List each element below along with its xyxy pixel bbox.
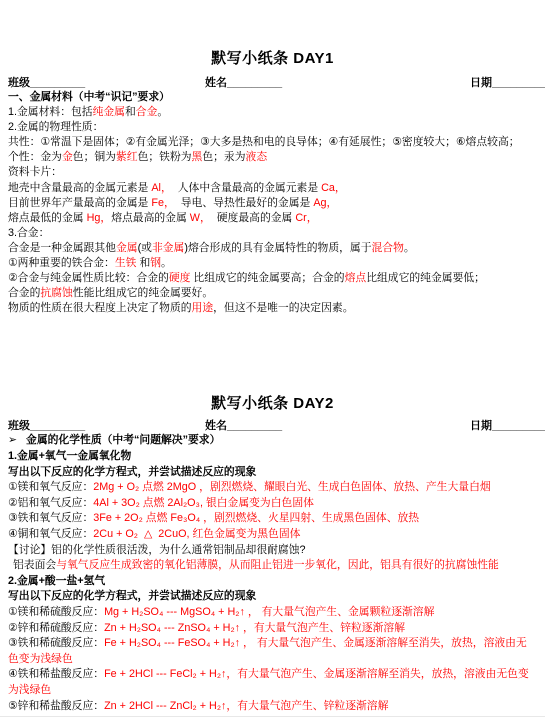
text-segment: Cr， [295,212,317,224]
text-segment: 抗腐蚀 [40,287,72,299]
text-segment: 2.金属的物理性质： [8,121,103,133]
text-segment: 生铁 [115,257,137,269]
text-segment: Zn + H₂SO₄ --- ZnSO₄ + H₂↑ ，有大量气泡产生、锌粒逐渐… [104,622,405,634]
day1-date-field-blank: __________ [492,77,545,89]
text-segment: 写出以下反应的化学方程式，并尝试描述反应的现象 [8,466,256,478]
day2-class-field: 班级_________ [8,419,85,433]
text-segment: ①镁和氧气反应： [8,481,93,493]
line-alloy-corrosion: 合金的抗腐蚀性能比组成它的纯金属要好。 [8,286,537,301]
text-segment: 熔点最高的金属 [111,212,190,224]
line-al-o2: ②铝和氧气反应：4Al + 3O₂ 点燃 2Al₂O₃, 银白金属变为白色固体 [8,496,537,512]
text-segment: 铝表面会 [13,559,56,571]
line-property-use: 物质的性质在很大程度上决定了物质的用途，但这不是唯一的决定因素。 [8,301,537,316]
text-segment: 色；铁粉为 [138,151,192,163]
day1-name-field-label: 姓名 [205,77,227,89]
text-segment: ②锌和稀硫酸反应： [8,622,104,634]
day1-name-field-blank: _________ [227,77,282,89]
text-segment: ①两种重要的铁合金： [8,257,115,269]
text-segment: Fe， [151,197,174,209]
text-segment: 和 [136,257,150,269]
text-segment: 物质的性质在很大程度上决定了物质的 [8,302,192,314]
text-segment: 4Al + 3O₂ 点燃 2Al₂O₃, 银白金属变为白色固体 [93,497,314,509]
day2-date-field-blank: __________ [492,420,545,432]
text-segment: 紫红 [116,151,138,163]
text-segment: 2Mg + O₂ 点燃 2MgO ，剧烈燃烧、耀眼白光、生成白色固体、放热、产生… [93,481,490,493]
day2-meta-row: 班级_________姓名_________日期__________ [8,419,537,433]
text-segment: 熔点最低的金属 [8,212,87,224]
text-segment: Ag， [313,197,337,209]
text-segment: 写出以下反应的化学方程式，并尝试描述反应的现象 [8,590,256,602]
line-write-equations-2: 写出以下反应的化学方程式，并尝试描述反应的现象 [8,589,537,605]
day1-date-field-label: 日期 [470,77,492,89]
line-common-properties: 共性：①常温下是固体；②有金属光泽；③大多是热和电的良导体；④有延展性；⑤密度较… [8,135,537,150]
text-segment: 合金是一种金属跟其他 [8,242,116,254]
line-production-conductivity: 目前世界年产量最高的金属是 Fe， 导电、导热性最好的金属是 Ag， [8,196,537,211]
worksheet-day1: 默写小纸条 DAY1班级_________姓名_________日期______… [8,49,537,316]
text-segment: ④铜和氧气反应： [8,528,93,540]
day1-date-field: 日期__________ [470,76,545,90]
text-segment: 地壳中含量最高的金属元素是 [8,182,151,194]
line-mg-h2so4: ①镁和稀硫酸反应：Mg + H₂SO₄ --- MgSO₄ + H₂↑ ， 有大… [8,605,537,621]
line-physical-properties-heading: 2.金属的物理性质： [8,120,537,135]
line-alloy-heading: 3.合金： [8,226,537,241]
text-segment: 纯金属 [93,106,125,118]
day1-meta-row: 班级_________姓名_________日期__________ [8,76,537,90]
text-segment: Mg + H₂SO₄ --- MgSO₄ + H₂↑ ， 有大量气泡产生、金属颗… [104,606,434,618]
text-segment: ③铁和氧气反应： [8,512,93,524]
heading-metal-oxygen: 1.金属+氧气一金属氧化物 [8,449,537,465]
text-segment: Zn + 2HCl --- ZnCl₂ + H₂↑，有大量气泡产生、锌粒逐渐溶解 [104,700,388,712]
text-segment: 。 [404,242,415,254]
text-segment: (或 [138,242,152,254]
heading-metal-acid: 2.金属+酸一盐+氢气 [8,574,537,590]
text-segment: 。 [161,257,172,269]
day2-name-field-label: 姓名 [205,420,227,432]
text-segment: 。 [157,106,168,118]
text-segment: 非金属 [152,242,184,254]
line-melting-hardness: 熔点最低的金属 Hg，熔点最高的金属 W， 硬度最高的金属 Cr， [8,211,537,226]
day2-date-field: 日期__________ [470,419,545,433]
line-fe-o2: ③铁和氧气反应：3Fe + 2O₂ 点燃 Fe₃O₄ ，剧烈燃烧、火星四射、生成… [8,511,537,527]
day2-name-field-blank: _________ [227,420,282,432]
text-segment: 色；铜为 [73,151,116,163]
line-zn-h2so4: ②锌和稀硫酸反应：Zn + H₂SO₄ --- ZnSO₄ + H₂↑ ，有大量… [8,621,537,637]
text-segment: 性能比组成它的纯金属要好。 [73,287,213,299]
text-segment: 硬度最高的金属 [211,212,296,224]
text-segment: 目前世界年产量最高的金属是 [8,197,151,209]
text-segment: ④铁和稀盐酸反应： [8,668,104,680]
heading-metal-materials: 一、金属材料（中考“识记”要求） [8,90,537,105]
text-segment: 比组成它的纯金属要低； [366,272,485,284]
text-segment: 用途 [192,302,214,314]
text-segment: 合金的 [8,287,40,299]
text-segment: 3.合金： [8,227,49,239]
line-zn-hcl: ⑤锌和稀盐酸反应：Zn + 2HCl --- ZnCl₂ + H₂↑，有大量气泡… [8,699,537,715]
text-segment: 硬度 [169,272,191,284]
text-segment: ③铁和稀硫酸反应： [8,637,104,649]
heading-chemical-properties: ➢ 金属的化学性质（中考“问题解决”要求） [8,433,537,449]
text-segment: ⑤锌和稀盐酸反应： [8,700,104,712]
line-fe-h2so4: ③铁和稀硫酸反应：Fe + H₂SO₄ --- FeSO₄ + H₂↑ ， 有大… [8,636,537,667]
day1-class-field-blank: _________ [30,77,85,89]
line-fe-hcl: ④铁和稀盐酸反应：Fe + 2HCl --- FeCl₂ + H₂↑，有大量气泡… [8,667,537,698]
text-segment: Ca， [321,182,346,194]
text-segment: 与氧气反应生成致密的氧化铝薄膜，从而阻止铝进一步氧化，因此，铝具有很好的抗腐蚀性… [56,559,499,571]
day1-class-field: 班级_________ [8,76,85,90]
text-segment: ②合金与纯金属性质比较：合金的 [8,272,169,284]
text-segment: 比组成它的纯金属要高；合金的 [190,272,344,284]
line-alloy-vs-pure: ②合金与纯金属性质比较：合金的硬度 比组成它的纯金属要高；合金的熔点比组成它的纯… [8,271,537,286]
text-segment: )熔合形成的具有金属特性的物质，属于 [184,242,371,254]
text-segment: 共性：①常温下是固体；②有金属光泽；③大多是热和电的良导体；④有延展性；⑤密度较… [8,136,520,148]
text-segment: 色；汞为 [202,151,245,163]
line-iron-alloys: ①两种重要的铁合金：生铁 和钢。 [8,256,537,271]
text-segment: 和 [125,106,136,118]
text-segment: 一、金属材料（中考“识记”要求） [8,91,170,103]
text-segment: 1.金属+氧气一金属氧化物 [8,450,131,462]
text-segment: 1.金属材料：包括 [8,106,93,118]
text-segment: ①镁和稀硫酸反应： [8,606,104,618]
line-write-equations-1: 写出以下反应的化学方程式，并尝试描述反应的现象 [8,465,537,481]
text-segment: 资料卡片： [8,166,62,178]
line-individual-properties: 个性：金为金色；铜为紫红色；铁粉为黑色；汞为液态 [8,150,537,165]
text-segment: 2.金属+酸一盐+氢气 [8,575,105,587]
text-segment: 合金 [136,106,158,118]
text-segment: 【讨论】铝的化学性质很活泼，为什么通常铝制品却很耐腐蚀? [8,544,306,556]
text-segment: 液态 [246,151,268,163]
text-segment: 混合物 [372,242,404,254]
text-segment: ②铝和氧气反应： [8,497,93,509]
text-segment: 导电、导热性最好的金属是 [175,197,314,209]
day1-class-field-label: 班级 [8,77,30,89]
text-segment: 3Fe + 2O₂ 点燃 Fe₃O₄ ，剧烈燃烧、火星四射、生成黑色固体、放热 [93,512,419,524]
text-segment: ，但这不是唯一的决定因素。 [213,302,353,314]
text-segment: ➢ 金属的化学性质（中考“问题解决”要求） [8,434,220,446]
line-discussion-question: 【讨论】铝的化学性质很活泼，为什么通常铝制品却很耐腐蚀? [8,543,537,559]
text-segment: Hg， [87,212,112,224]
text-segment: 黑 [192,151,203,163]
line-alloy-definition: 合金是一种金属跟其他金属(或非金属)熔合形成的具有金属特性的物质，属于混合物。 [8,241,537,256]
day1-name-field: 姓名_________ [205,76,282,90]
text-segment: Al， [151,182,171,194]
text-segment: 个性：金为 [8,151,62,163]
day2-class-field-blank: _________ [30,420,85,432]
worksheet-day2: 默写小纸条 DAY2班级_________姓名_________日期______… [8,394,537,714]
line-data-card-heading: 资料卡片： [8,165,537,180]
worksheet-page: 默写小纸条 DAY1班级_________姓名_________日期______… [0,0,545,714]
text-segment: 金 [62,151,73,163]
line-discussion-answer: 铝表面会与氧气反应生成致密的氧化铝薄膜，从而阻止铝进一步氧化，因此，铝具有很好的… [8,558,537,574]
text-segment: 2Cu + O₂ △ 2CuO, 红色金属变为黑色固体 [93,528,300,540]
day2-date-field-label: 日期 [470,420,492,432]
line-cu-o2: ④铜和氧气反应：2Cu + O₂ △ 2CuO, 红色金属变为黑色固体 [8,527,537,543]
day2-name-field: 姓名_________ [205,419,282,433]
line-crust-element: 地壳中含量最高的金属元素是 Al， 人体中含量最高的金属元素是 Ca， [8,181,537,196]
text-segment: W， [190,212,211,224]
text-segment: 钢 [150,257,161,269]
line-mg-o2: ①镁和氧气反应：2Mg + O₂ 点燃 2MgO ，剧烈燃烧、耀眼白光、生成白色… [8,480,537,496]
day2-title: 默写小纸条 DAY2 [8,394,537,414]
text-segment: 金属 [116,242,138,254]
day2-class-field-label: 班级 [8,420,30,432]
line-metal-materials-def: 1.金属材料：包括纯金属和合金。 [8,105,537,120]
day1-title: 默写小纸条 DAY1 [8,49,537,69]
text-segment: 人体中含量最高的金属元素是 [172,182,321,194]
page-bottom-divider [0,716,545,717]
text-segment: 熔点 [345,272,367,284]
